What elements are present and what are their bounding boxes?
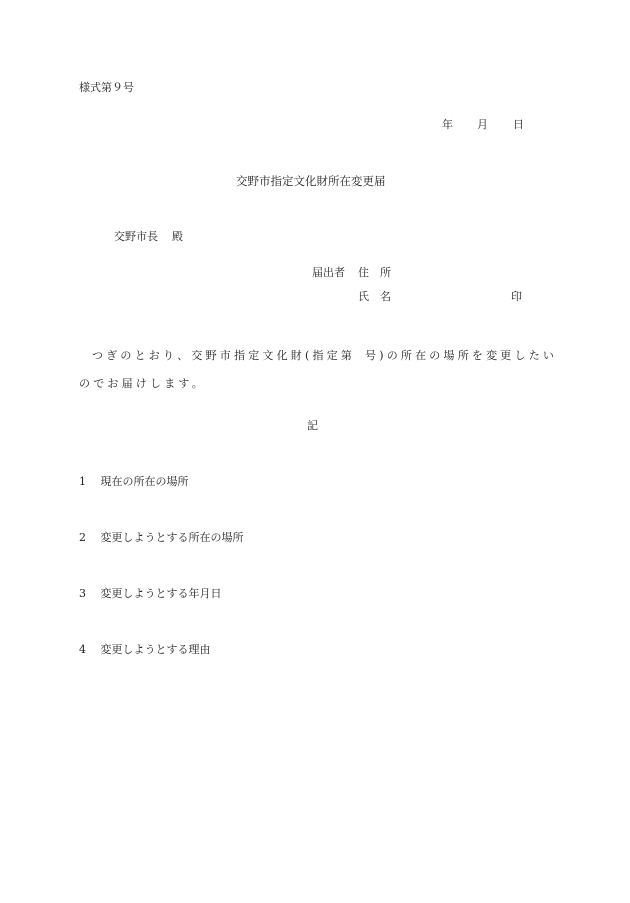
item-number: 4 <box>79 643 86 656</box>
form-number: 様式第９号 <box>79 81 134 95</box>
ki-heading: 記 <box>307 419 318 433</box>
body-line1-a: つぎのとおり、交野市指定文化財(指定第 <box>92 349 355 363</box>
applicant-label: 届出者 <box>312 266 345 280</box>
list-item: 3 変更しようとする年月日 <box>79 587 222 601</box>
item-number: 3 <box>79 587 86 600</box>
date-year-label: 年 <box>442 118 453 132</box>
date-month-label: 月 <box>477 118 488 132</box>
list-item: 2 変更しようとする所在の場所 <box>79 531 244 545</box>
item-label: 現在の所在の場所 <box>101 475 189 488</box>
body-line1-b: 号)の所在の場所を変更したい <box>365 349 557 363</box>
addressee-honorific: 殿 <box>172 230 183 244</box>
item-label: 変更しようとする所在の場所 <box>101 531 244 544</box>
list-item: 1 現在の所在の場所 <box>79 475 189 489</box>
item-label: 変更しようとする年月日 <box>101 587 222 600</box>
body-line2: のでお届けします。 <box>79 377 206 391</box>
document-title: 交野市指定文化財所在変更届 <box>236 174 386 188</box>
seal-mark: 印 <box>511 290 522 304</box>
item-number: 1 <box>79 475 86 488</box>
date-day-label: 日 <box>513 118 524 132</box>
item-number: 2 <box>79 531 86 544</box>
item-label: 変更しようとする理由 <box>101 643 211 656</box>
name-label: 氏 名 <box>358 290 391 304</box>
address-label: 住 所 <box>358 266 391 280</box>
list-item: 4 変更しようとする理由 <box>79 643 211 657</box>
addressee-name: 交野市長 <box>114 230 158 244</box>
